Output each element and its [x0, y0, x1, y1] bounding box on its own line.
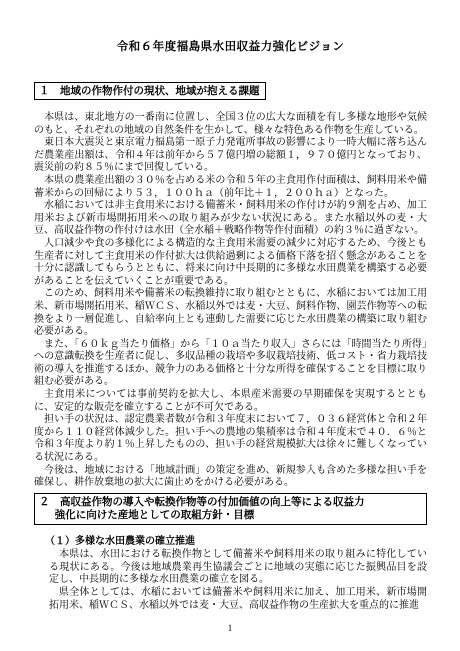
body-paragraph: 水稲においては非主食用米における備蓄米・飼料用米の作付けが約９割を占め、加工用米…	[34, 200, 427, 238]
body-paragraph: 人口減少や食の多様化による構造的な主食用米需要の減少に対応するため、今後とも生産…	[34, 238, 427, 288]
section-2-heading-line-1: ２ 高収益作物の導入や転換作物等の付加価値の向上等による収益力	[39, 496, 422, 509]
section-1-heading: １ 地域の作物作付の現状、地域が抱える課題	[34, 82, 266, 100]
body-paragraph: 本県の農業産出額の３０％を占める米の令和５年の主食用作付面積は、飼料用米や備蓄米…	[34, 175, 427, 200]
body-paragraph: 本県は、水田における転換作物として備蓄米や飼料用米の取り組みに特化している現状に…	[49, 549, 427, 587]
body-paragraph: 担い手の状況は、認定農業者数が令和３年度末において７，０３６経営体と令和２年度か…	[34, 414, 427, 464]
subsection-1: （１）多様な水田農業の確立推進 本県は、水田における転換作物として備蓄米や飼料用…	[34, 535, 427, 613]
body-paragraph: このため、飼料用米や備蓄米の転換維持に取り組むとともに、水稲においては加工用米、…	[34, 288, 427, 338]
body-paragraph: 今後は、地域における「地域計画」の策定を進め、新規参入も含めた多様な担い手を確保…	[34, 465, 427, 490]
body-paragraph: また、「６０ｋｇ当たり価格」から「１０ａ当たり収入」さらには「時間当たり所得」へ…	[34, 339, 427, 389]
body-paragraph: 本県は、東北地方の一番南に位置し、全国３位の広大な面積を有し多様な地形や気候のも…	[34, 112, 427, 137]
body-paragraph: 県全体としては、水稲においては備蓄米や飼料用米に加え、加工用米、新市場開拓用米、…	[49, 587, 427, 612]
document-title: 令和６年度福島県水田収益力強化ビジョン	[34, 40, 427, 55]
body-paragraph: 主食用米については事前契約を拡大し、本県産米需要の早期確保を実現するとともに、安…	[34, 389, 427, 414]
section-2-heading: ２ 高収益作物の導入や転換作物等の付加価値の向上等による収益力 強化に向けた産地…	[34, 493, 427, 525]
section-2: ２ 高収益作物の導入や転換作物等の付加価値の向上等による収益力 強化に向けた産地…	[34, 493, 427, 613]
page-number: 1	[0, 623, 460, 633]
section-1: １ 地域の作物作付の現状、地域が抱える課題 本県は、東北地方の一番南に位置し、全…	[34, 81, 427, 490]
section-2-heading-line-2: 強化に向けた産地としての取組方針・目標	[39, 509, 422, 522]
section-1-body: 本県は、東北地方の一番南に位置し、全国３位の広大な面積を有し多様な地形や気候のも…	[34, 112, 427, 490]
document-page: 令和６年度福島県水田収益力強化ビジョン １ 地域の作物作付の現状、地域が抱える課…	[0, 0, 460, 651]
subsection-1-heading: （１）多様な水田農業の確立推進	[45, 535, 427, 548]
body-paragraph: 東日本大震災と東京電力福島第一原子力発電所事故の影響により一時大幅に落ち込んだ農…	[34, 137, 427, 175]
